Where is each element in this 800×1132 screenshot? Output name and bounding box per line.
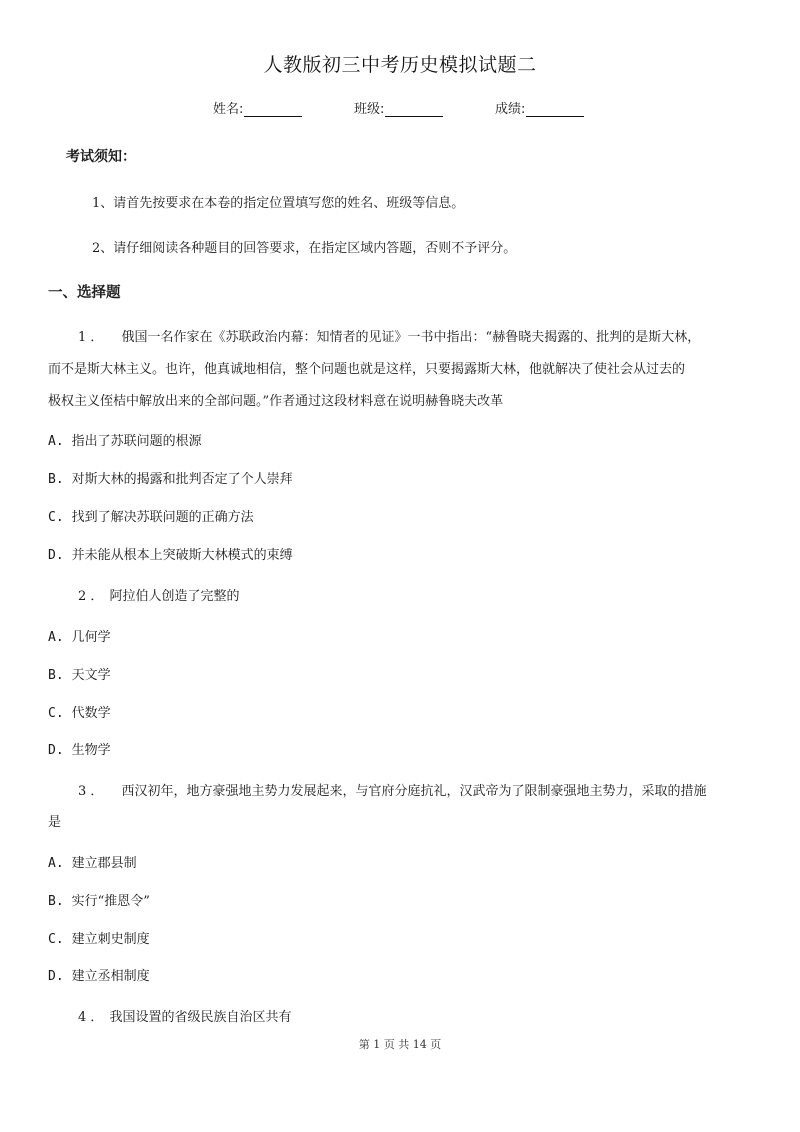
- question-1-option-b[interactable]: B.对斯大林的揭露和批判否定了个人崇拜: [48, 468, 293, 487]
- question-3-text-1: 西汉初年，地方豪强地主势力发展起来，与官府分庭抗礼，汉武帝为了限制豪强地主势力，…: [122, 784, 707, 799]
- question-2-stem: 2 ． 阿拉伯人创造了完整的: [78, 585, 240, 604]
- class-field[interactable]: 班级:: [354, 98, 443, 117]
- question-2-option-b[interactable]: B.天文学: [48, 664, 111, 683]
- question-1-option-a[interactable]: A.指出了苏联问题的根源: [48, 430, 202, 449]
- question-2-option-d[interactable]: D.生物学: [48, 739, 111, 758]
- question-4-text: 我国设置的省级民族自治区共有: [110, 1010, 292, 1025]
- question-1-text-1: 俄国一名作家在《苏联政治内幕：知情者的见证》一书中指出：“赫鲁晓夫揭露的、批判的…: [122, 330, 701, 345]
- question-3-option-b[interactable]: B.实行“推恩令”: [48, 890, 150, 909]
- question-2-option-c[interactable]: C.代数学: [48, 702, 111, 721]
- question-1-number: 1 ．: [78, 330, 103, 345]
- question-2-text: 阿拉伯人创造了完整的: [110, 589, 240, 604]
- document-title: 人教版初三中考历史模拟试题二: [0, 50, 800, 77]
- question-2-option-a[interactable]: A.几何学: [48, 626, 111, 645]
- page-footer: 第 1 页 共 14 页: [0, 1036, 800, 1052]
- question-3-option-d[interactable]: D.建立丞相制度: [48, 965, 150, 984]
- class-blank[interactable]: [385, 102, 443, 117]
- question-3-option-c[interactable]: C.建立刺史制度: [48, 928, 150, 947]
- notice-item-2: 2、请仔细阅读各种题目的回答要求，在指定区域内答题，否则不予评分。: [92, 237, 516, 256]
- question-1-option-c[interactable]: C.找到了解决苏联问题的正确方法: [48, 506, 254, 525]
- score-field[interactable]: 成绩:: [495, 98, 584, 117]
- section-heading: 一、选择题: [48, 281, 121, 302]
- name-field[interactable]: 姓名:: [213, 98, 302, 117]
- question-3-stem-line-2: 是: [48, 811, 61, 830]
- question-1-stem-line-1: 1 ． 俄国一名作家在《苏联政治内幕：知情者的见证》一书中指出：“赫鲁晓夫揭露的…: [78, 326, 700, 345]
- class-label: 班级:: [354, 102, 384, 117]
- question-3-option-a[interactable]: A.建立郡县制: [48, 852, 137, 871]
- question-1-stem-line-3: 极权主义侄桔中解放出来的全部问题。”作者通过这段材料意在说明赫鲁晓夫改革: [48, 390, 503, 409]
- score-label: 成绩:: [495, 102, 525, 117]
- question-1-stem-line-2: 而不是斯大林主义。也许，他真诚地相信，整个问题也就是这样，只要揭露斯大林，他就解…: [48, 358, 685, 377]
- question-3-number: 3 ．: [78, 784, 103, 799]
- question-2-number: 2 ．: [78, 589, 103, 604]
- question-3-stem-line-1: 3 ． 西汉初年，地方豪强地主势力发展起来，与官府分庭抗礼，汉武帝为了限制豪强地…: [78, 780, 707, 799]
- name-label: 姓名:: [213, 102, 243, 117]
- question-4-stem: 4 ． 我国设置的省级民族自治区共有: [78, 1006, 292, 1025]
- notice-item-1: 1、请首先按要求在本卷的指定位置填写您的姓名、班级等信息。: [92, 192, 464, 211]
- question-4-number: 4 ．: [78, 1010, 103, 1025]
- question-1-option-d[interactable]: D.并未能从根本上突破斯大林模式的束缚: [48, 544, 293, 563]
- score-blank[interactable]: [526, 102, 584, 117]
- notice-heading: 考试须知：: [66, 146, 136, 166]
- name-blank[interactable]: [244, 102, 302, 117]
